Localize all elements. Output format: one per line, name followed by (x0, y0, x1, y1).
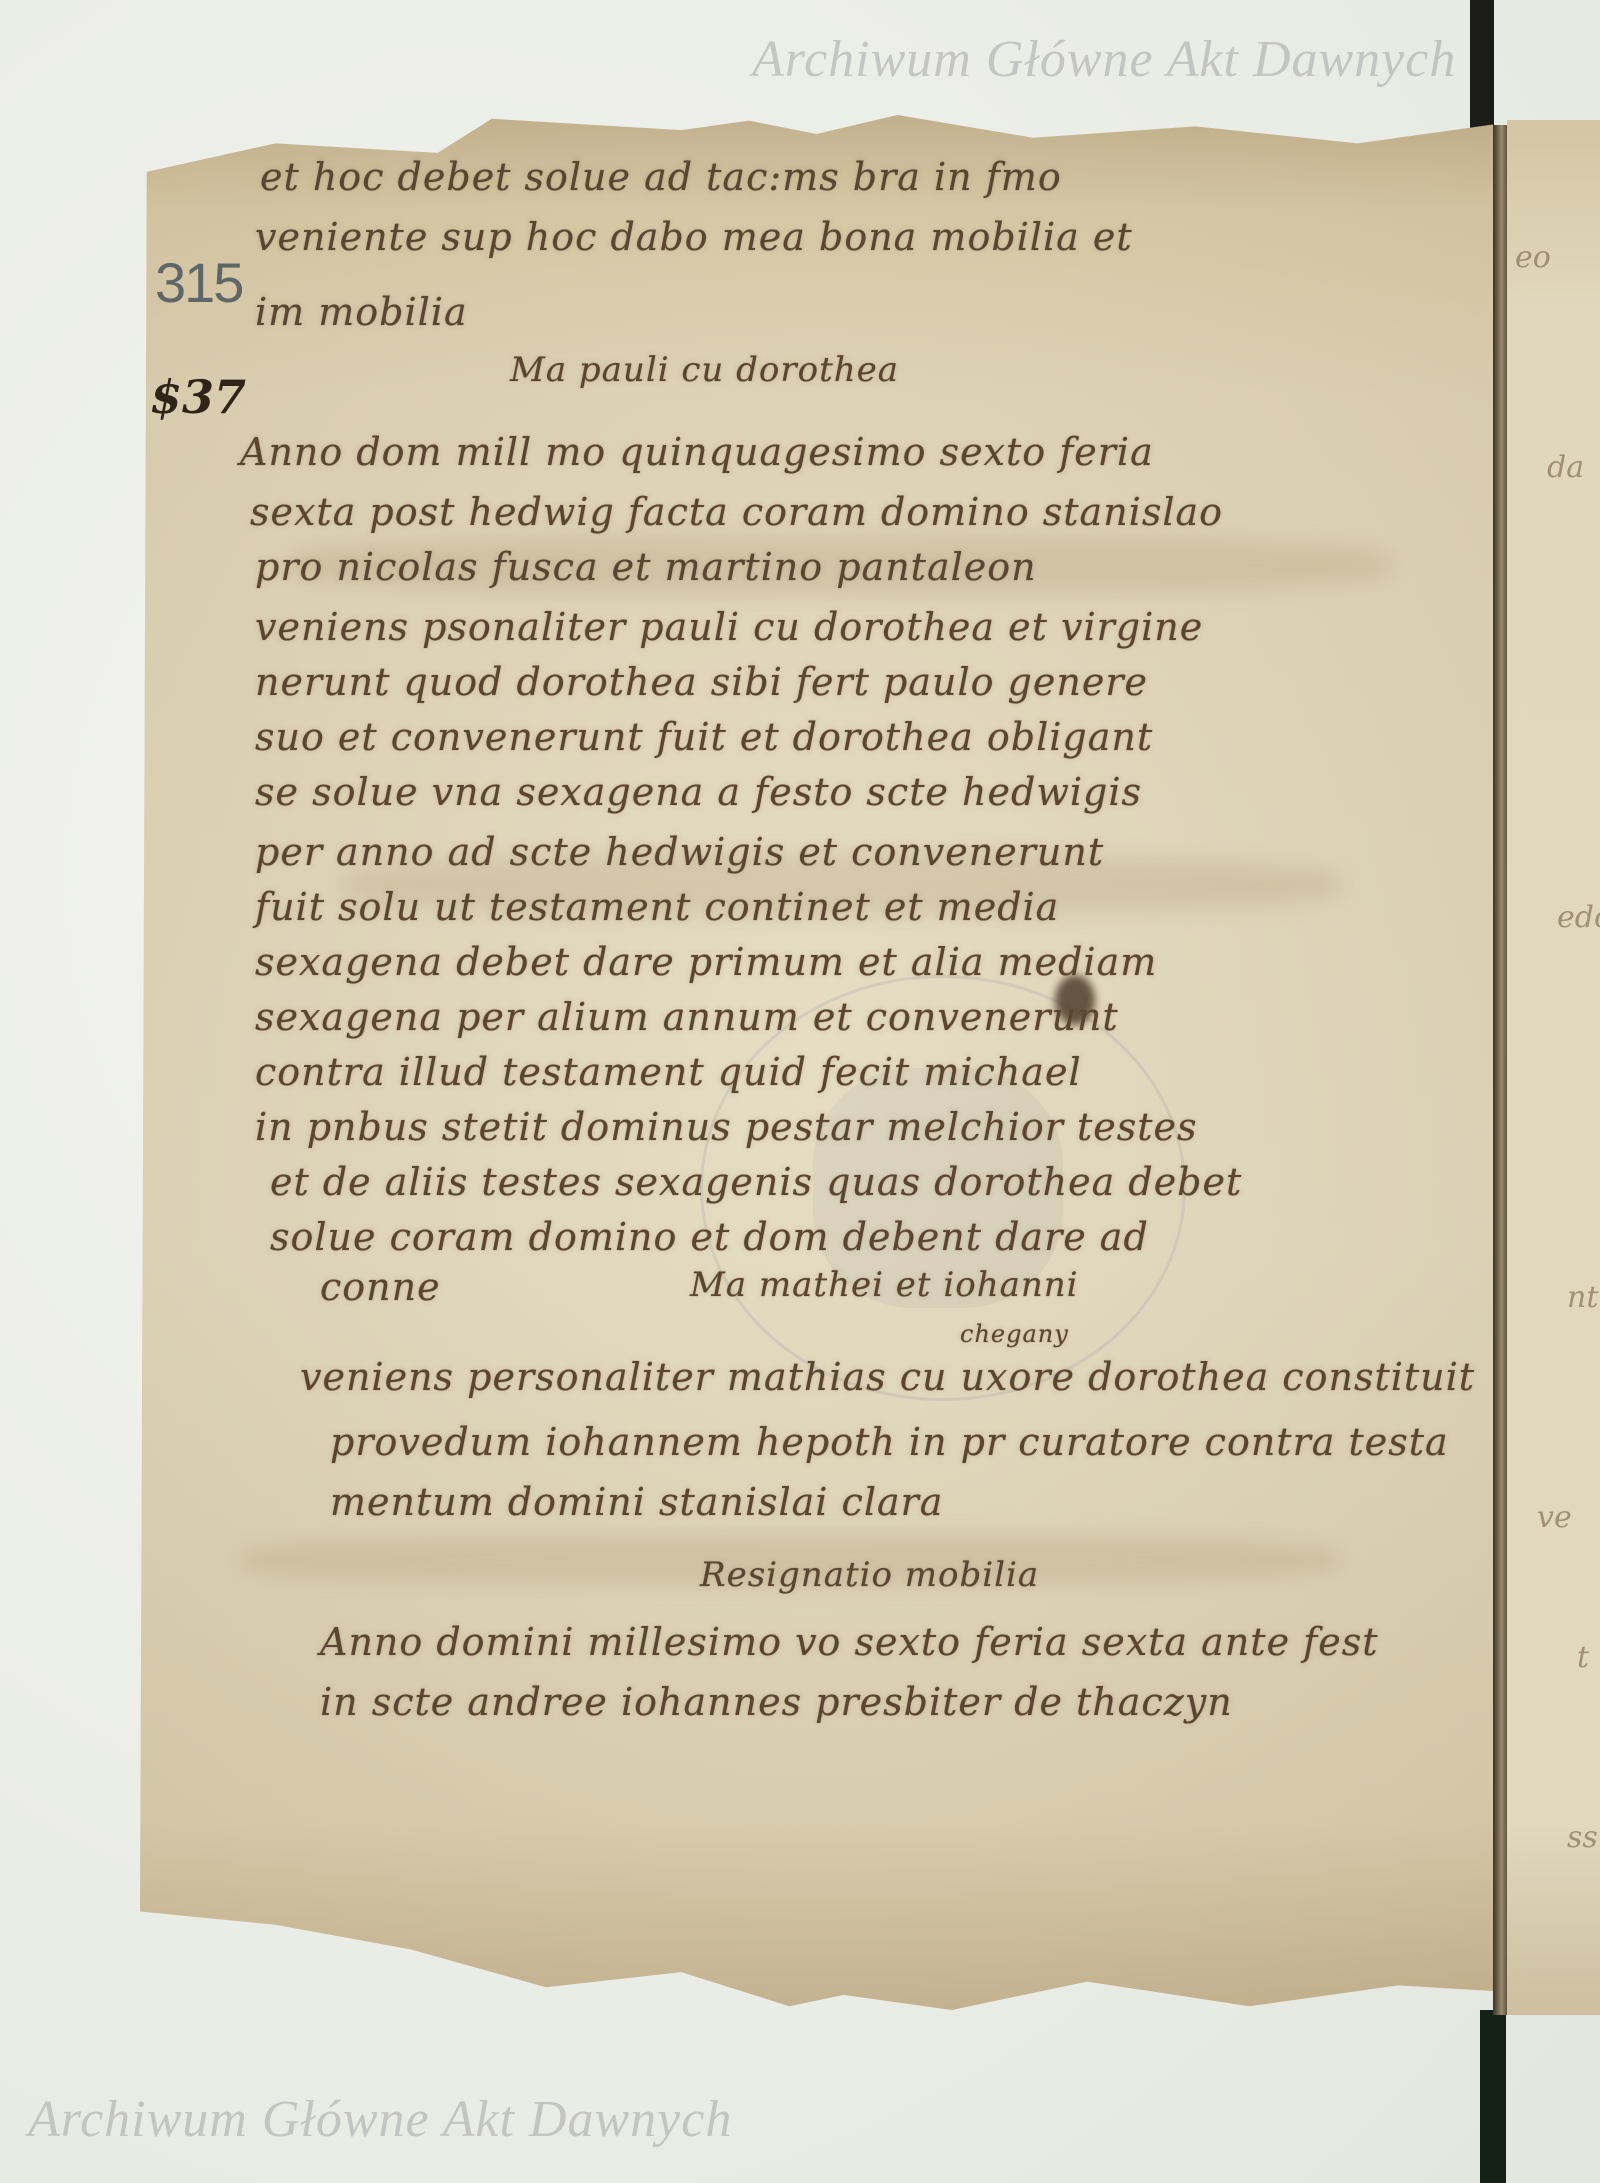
text-line: suo et convenerunt fuit et dorothea obli… (255, 715, 1153, 759)
text-line: fuit solu ut testament continet et media (255, 885, 1059, 929)
facing-page-fragment: t (1577, 1640, 1589, 1675)
text-line: veniens personaliter mathias cu uxore do… (300, 1355, 1475, 1399)
text-line: Anno domini millesimo vo sexto feria sex… (320, 1620, 1378, 1664)
entry-heading: Ma pauli cu dorothea (510, 350, 899, 390)
text-line: sexagena debet dare primum et alia media… (255, 940, 1157, 984)
text-line: contra illud testament quid fecit michae… (255, 1050, 1082, 1094)
facing-page-fragment: nt (1567, 1280, 1598, 1315)
text-line: im mobilia (255, 290, 468, 334)
text-line: in scte andree iohannes presbiter de tha… (320, 1680, 1233, 1724)
facing-page-fragment: da (1547, 450, 1584, 485)
facing-page-fragment: eo (1515, 240, 1551, 275)
text-line: veniente sup hoc dabo mea bona mobilia e… (255, 215, 1133, 259)
text-line: sexta post hedwig facta coram domino sta… (250, 490, 1223, 534)
text-line: conne (320, 1265, 441, 1309)
text-line: veniens psonaliter pauli cu dorothea et … (255, 605, 1203, 649)
text-line: mentum domini stanislai clara (330, 1480, 943, 1524)
facing-page-fragment: ss (1567, 1820, 1598, 1855)
text-line: sexagena per alium annum et convenerunt (255, 995, 1119, 1039)
text-line: pro nicolas fusca et martino pantaleon (255, 545, 1037, 589)
entry-heading: Ma mathei et iohanni (690, 1265, 1079, 1305)
text-line: nerunt quod dorothea sibi fert paulo gen… (255, 660, 1148, 704)
text-line: Anno dom mill mo quinquagesimo sexto fer… (240, 430, 1154, 474)
text-line: se solue vna sexagena a festo scte hedwi… (255, 770, 1142, 814)
folio-number: 315 (155, 250, 242, 315)
entry-heading: Resignatio mobilia (700, 1555, 1039, 1595)
entry-number: $37 (150, 370, 246, 424)
interlinear-note: chegany (960, 1320, 1069, 1348)
text-line: et de aliis testes sexagenis quas doroth… (270, 1160, 1242, 1204)
archive-watermark-top: Archiwum Główne Akt Dawnych (752, 30, 1456, 89)
archive-watermark-bottom: Archiwum Główne Akt Dawnych (28, 2090, 732, 2149)
facing-page-fragment: edo (1557, 900, 1600, 935)
text-line: provedum iohannem hepoth in pr curatore … (330, 1420, 1449, 1464)
facing-page: eo da edo nt ve t ss (1507, 120, 1600, 2015)
book-gutter (1493, 125, 1507, 2015)
text-line: per anno ad scte hedwigis et convenerunt (255, 830, 1104, 874)
text-line: et hoc debet solue ad tac:ms bra in fmo (260, 155, 1062, 199)
text-line: in pnbus stetit dominus pestar melchior … (255, 1105, 1198, 1149)
binding-strip-top (1470, 0, 1494, 135)
facing-page-fragment: ve (1537, 1500, 1572, 1535)
text-line: solue coram domino et dom debent dare ad (270, 1215, 1149, 1259)
binding-strip-bottom (1480, 2010, 1506, 2183)
